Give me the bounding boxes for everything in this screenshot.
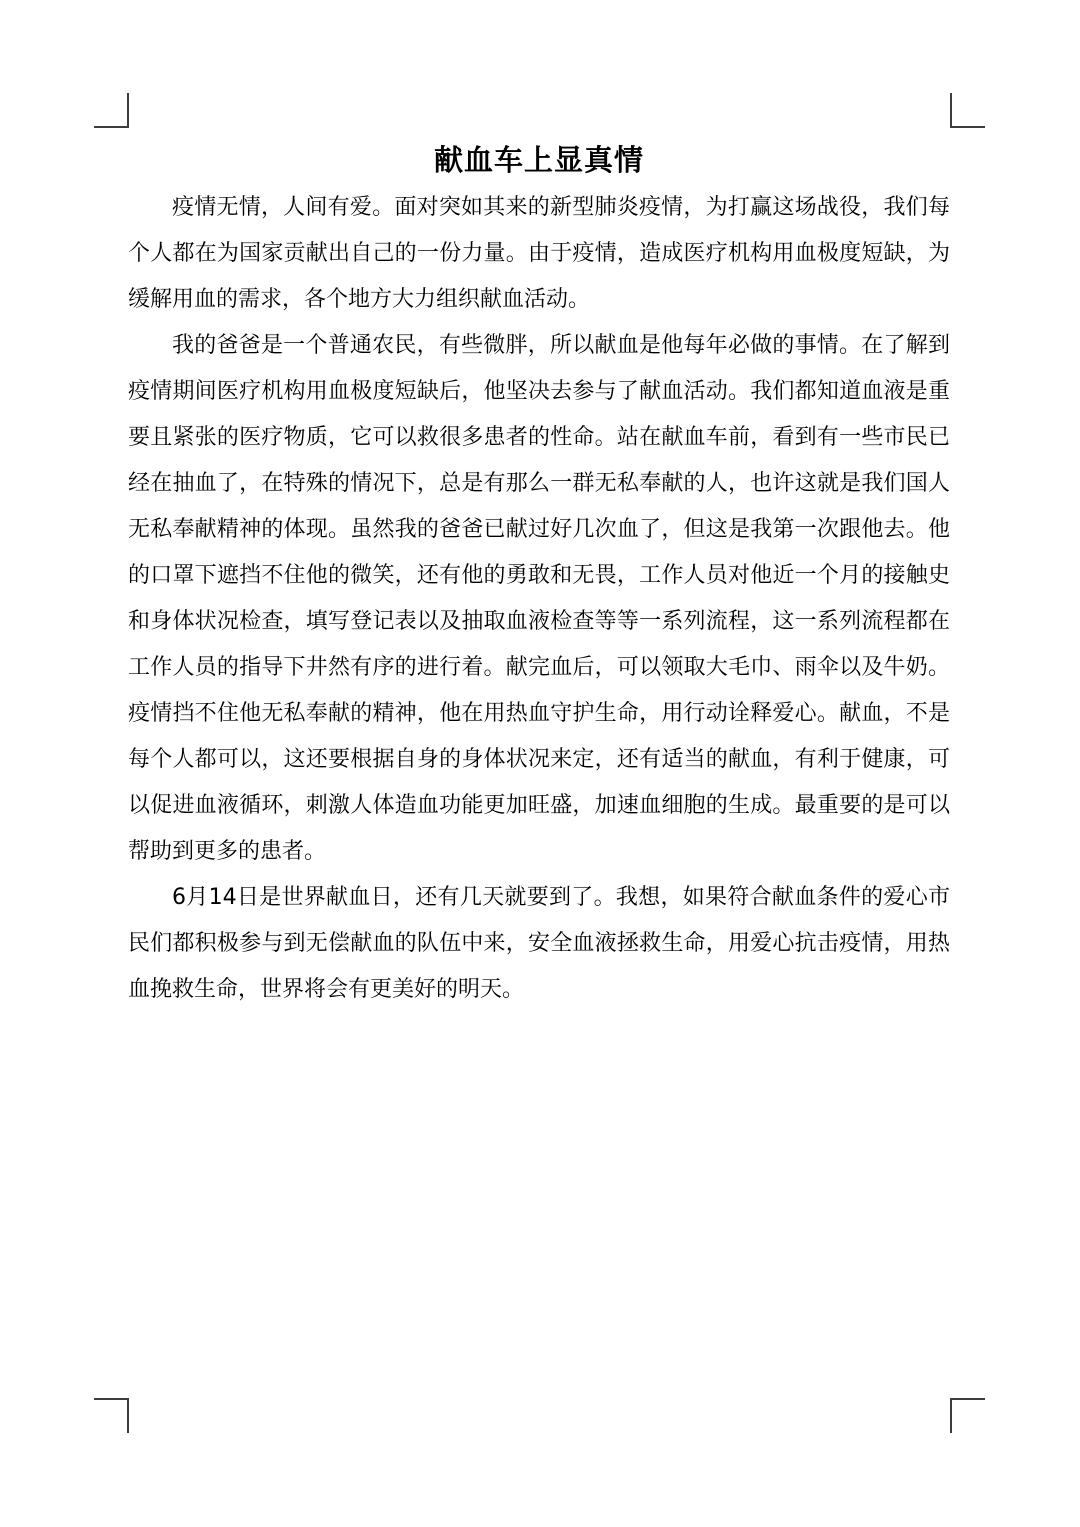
paragraph-2: 我的爸爸是一个普通农民，有些微胖，所以献血是他每年必做的事情。在了解到疫情期间医… [128, 323, 950, 875]
document-page: { "document": { "title": "献血车上显真情", "par… [0, 0, 1080, 1527]
crop-mark-bottom-right-icon [950, 1398, 985, 1433]
document-title: 献血车上显真情 [128, 141, 950, 179]
document-content: 献血车上显真情 疫情无情，人间有爱。面对突如其来的新型肺炎疫情，为打赢这场战役，… [128, 141, 950, 1013]
paragraph-3: 6月14日是世界献血日，还有几天就要到了。我想，如果符合献血条件的爱心市民们都积… [128, 875, 950, 1013]
paragraph-1: 疫情无情，人间有爱。面对突如其来的新型肺炎疫情，为打赢这场战役，我们每个人都在为… [128, 185, 950, 323]
crop-mark-top-right-icon [950, 93, 985, 128]
crop-mark-top-left-icon [94, 93, 129, 128]
crop-mark-bottom-left-icon [94, 1398, 129, 1433]
